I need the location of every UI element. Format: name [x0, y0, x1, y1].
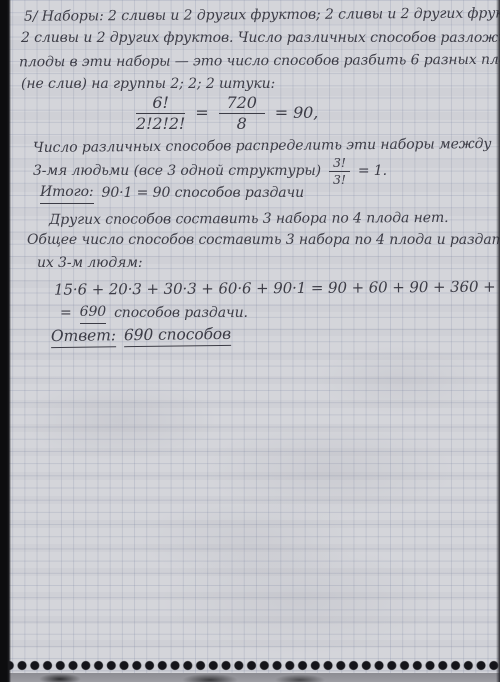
photo-left-edge — [0, 0, 11, 682]
formula-result: = 1. — [358, 163, 387, 181]
fraction-denominator: 3! — [329, 172, 350, 187]
note-line-10: их 3-м людям: — [37, 255, 142, 273]
sum-expression: 15·6 + 20·3 + 30·3 + 60·6 + 90·1 = 90 + … — [54, 277, 500, 299]
notebook-page: 5/ Наборы: 2 сливы и 2 других фруктов; 2… — [0, 0, 500, 682]
note-line-2: 2 сливы и 2 других фруктов. Число различ… — [21, 30, 500, 48]
fraction-numerator: 6! — [136, 94, 185, 114]
fraction-denominator: 8 — [219, 114, 265, 133]
note-line-7: Итого: 90·1 = 90 способов раздачи — [40, 184, 304, 204]
note-line-4: (не слив) на группы 2; 2; 2 штуки: — [21, 76, 275, 94]
answer-value: 690 способов — [124, 325, 231, 348]
note-line-6: 3-мя людьми (все 3 одной структуры) 3! 3… — [33, 156, 387, 187]
fraction-3-3: 3! 3! — [329, 156, 350, 187]
fraction-numerator: 720 — [219, 94, 265, 114]
fraction-720-8: 720 8 — [219, 94, 265, 132]
main-formula: 6! 2!2!2! = 720 8 = 90, — [136, 94, 320, 132]
photo-right-edge — [496, 0, 500, 682]
answer-line: Ответ: 690 способов — [51, 325, 231, 349]
result-number: 690 — [80, 304, 106, 324]
total-text: 90·1 = 90 способов раздачи — [102, 185, 305, 203]
note-line-5: Число различных способов распределить эт… — [33, 136, 491, 157]
note-line-12: = 690 способов раздачи. — [60, 304, 248, 324]
note-line-6-text: 3-мя людьми (все 3 одной структуры) — [33, 163, 321, 181]
formula-result: = 90, — [273, 103, 320, 123]
note-line-8: Других способов составить 3 набора по 4 … — [49, 210, 449, 230]
equals-sign: = — [193, 103, 210, 123]
note-line-9: Общее число способов составить 3 набора … — [27, 232, 500, 250]
answer-label: Ответ: — [51, 326, 116, 348]
result-units: способов раздачи. — [114, 305, 248, 323]
fraction-numerator: 3! — [329, 156, 350, 172]
fraction-denominator: 2!2!2! — [136, 114, 185, 133]
spiral-binding-holes — [3, 657, 500, 674]
equals-sign: = — [60, 305, 72, 323]
note-line-3: плоды в эти наборы — это число способов … — [19, 52, 500, 72]
note-line-1: 5/ Наборы: 2 сливы и 2 других фруктов; 2… — [24, 5, 500, 26]
notebook-photo: 5/ Наборы: 2 сливы и 2 других фруктов; 2… — [0, 0, 500, 682]
fraction-factorial: 6! 2!2!2! — [136, 94, 185, 132]
photo-bottom-shadow — [0, 673, 500, 682]
total-label: Итого: — [40, 184, 94, 204]
